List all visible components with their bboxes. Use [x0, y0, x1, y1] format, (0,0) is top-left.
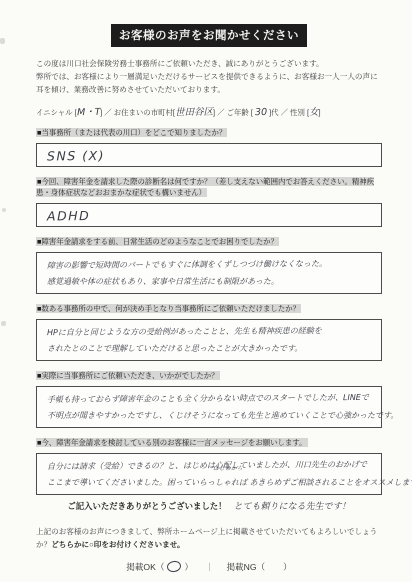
paren: （ [257, 562, 266, 572]
separator: ／ [104, 108, 111, 117]
city-value: 世田谷区 [175, 103, 213, 118]
intro-line-1: この度は川口社会保険労務士事務所にご依頼いただき、誠にありがとうございます。 [36, 58, 382, 71]
thanks-line: ご記入いただきありがとうございました！とても頼りになる先生です！ [36, 499, 382, 512]
question-1-header: ■当事務所（または代表の川口）をどこで知りましたか？ [36, 127, 382, 139]
profile-line: イニシャル [M・T] ／ お住まいの市町村[世田谷区] ／ ご年齢 [ 30 … [36, 104, 382, 118]
separator: ／ [217, 108, 224, 117]
initial-label: イニシャル [36, 108, 73, 117]
initial-value: M・T [77, 104, 101, 118]
question-5-header: ■実際に当事務所にご依頼いただき、いかがでしたか？ [36, 370, 382, 382]
separator: ／ [281, 108, 288, 117]
question-4-header: ■数ある事務所の中で、何が決め手となり当事務所にご依頼いただけましたか？ [36, 303, 382, 315]
scan-artifact [2, 208, 6, 212]
answer-box-6: 自分には請求（受給）できるの？と、はじめは心配していましたが、川口先生のおかげで… [36, 453, 382, 495]
paren: ） [283, 562, 292, 572]
answer-box-4: HPに自分と同じような方の受給例があったことと、先生も精神疾患の経験を されたと… [36, 319, 382, 361]
handwritten-circle-mark [167, 560, 183, 573]
age-label: ご年齢 [227, 108, 249, 117]
answer-4-line-2: されたとのことで理解していただけると思ったことが大きかったです。 [47, 340, 377, 357]
answer-box-2: ADHD [36, 203, 382, 227]
intro-paragraph: この度は川口社会保険労務士事務所にご依頼いただき、誠にありがとうございます。 弊… [36, 58, 382, 97]
page-title: お客様のお声をお聞かせください [111, 24, 307, 47]
publish-ng-label: 掲載NG [226, 562, 256, 572]
answer-4-line-1: HPに自分と同じような方の受給例があったことと、先生も精神疾患の経験を [47, 322, 377, 341]
paren: （ [156, 562, 165, 572]
scanned-feedback-form: お客様のお声をお聞かせください この度は川口社会保険労務士事務所にご依頼いただき… [0, 0, 412, 582]
answer-6-line-1: 自分には請求（受給）できるの？と、はじめは心配していましたが、川口先生のおかげで [47, 455, 377, 474]
gender-value: 女 [309, 104, 319, 118]
publication-consent-note: 上記のお客様のお声につきまして、弊所ホームページ上に掲載させていただいてもよろし… [36, 525, 382, 552]
answer-box-5: 手帳も持っておらず障害年金のことも全く分からない時点でのスタートでしたが、LIN… [36, 386, 382, 428]
divider: ｜ [205, 562, 214, 572]
scan-artifact [0, 38, 5, 44]
answer-1-line-1: SNS (X) [47, 145, 377, 164]
answer-3-line-2: 感覚過敏や体の症状もあり、家事や日常生活にも制限があった。 [47, 273, 377, 290]
answer-6-line-2: ここまで導いてくださいました。困っていらっしゃれば あきらめずご相談されることを… [47, 474, 377, 491]
publish-choice-line: 掲載OK（） ｜ 掲載NG（） [36, 561, 382, 573]
answer-box-1: SNS (X) [36, 143, 382, 167]
publish-ng-option: 掲載NG（） [226, 562, 291, 572]
age-value: 30 [255, 107, 267, 118]
consent-text-bold: どちらかに○印をお付けくださいませ。 [51, 540, 184, 549]
answer-5-line-2: 不明点が聞きやすかったですし、くじけそうになっても先生と進めていくことで心強かっ… [47, 407, 377, 424]
answer-box-3: 障害の影響で短時間のパートでもすぐに体調をくずしつづけ働けなくなった。 感覚過敏… [36, 252, 382, 294]
paren: ） [184, 562, 193, 572]
publish-ok-label: 掲載OK [126, 562, 156, 572]
thanks-handwritten: とても頼りになる先生です！ [234, 502, 351, 512]
answer-2-line-1: ADHD [47, 206, 377, 225]
bracket: [ [251, 108, 253, 117]
question-2-header: ■今回、障害年金を請求した際の診断名は何ですか？（差し支えない範囲内でお答えくだ… [36, 176, 382, 200]
question-3-header: ■障害年金請求をする前、日常生活のどのようなことでお困りでしたか？ [36, 236, 382, 248]
gender-label: 性別 [290, 108, 305, 117]
question-6-header: ■今、障害年金請求を検討している別のお客様に一言メッセージをお願いします。 [36, 437, 382, 449]
answer-3-line-1: 障害の影響で短時間のパートでもすぐに体調をくずしつづけ働けなくなった。 [47, 255, 377, 274]
age-suffix: 代 [271, 108, 278, 117]
handwritten-insertion-note: はじめから [213, 467, 243, 473]
publish-ok-option: 掲載OK（） [126, 562, 195, 572]
thanks-printed: ご記入いただきありがとうございました！ [67, 501, 226, 511]
bracket: ] [213, 108, 215, 117]
scan-artifact [1, 321, 6, 326]
city-label: お住まいの市町村 [114, 108, 173, 117]
intro-line-2: 弊所では、お客様により一層満足いただけるサービスを提供できるように、お客様お一人… [36, 71, 382, 97]
answer-5-line-1: 手帳も持っておらず障害年金のことも全く分からない時点でのスタートでしたが、LIN… [47, 389, 377, 408]
